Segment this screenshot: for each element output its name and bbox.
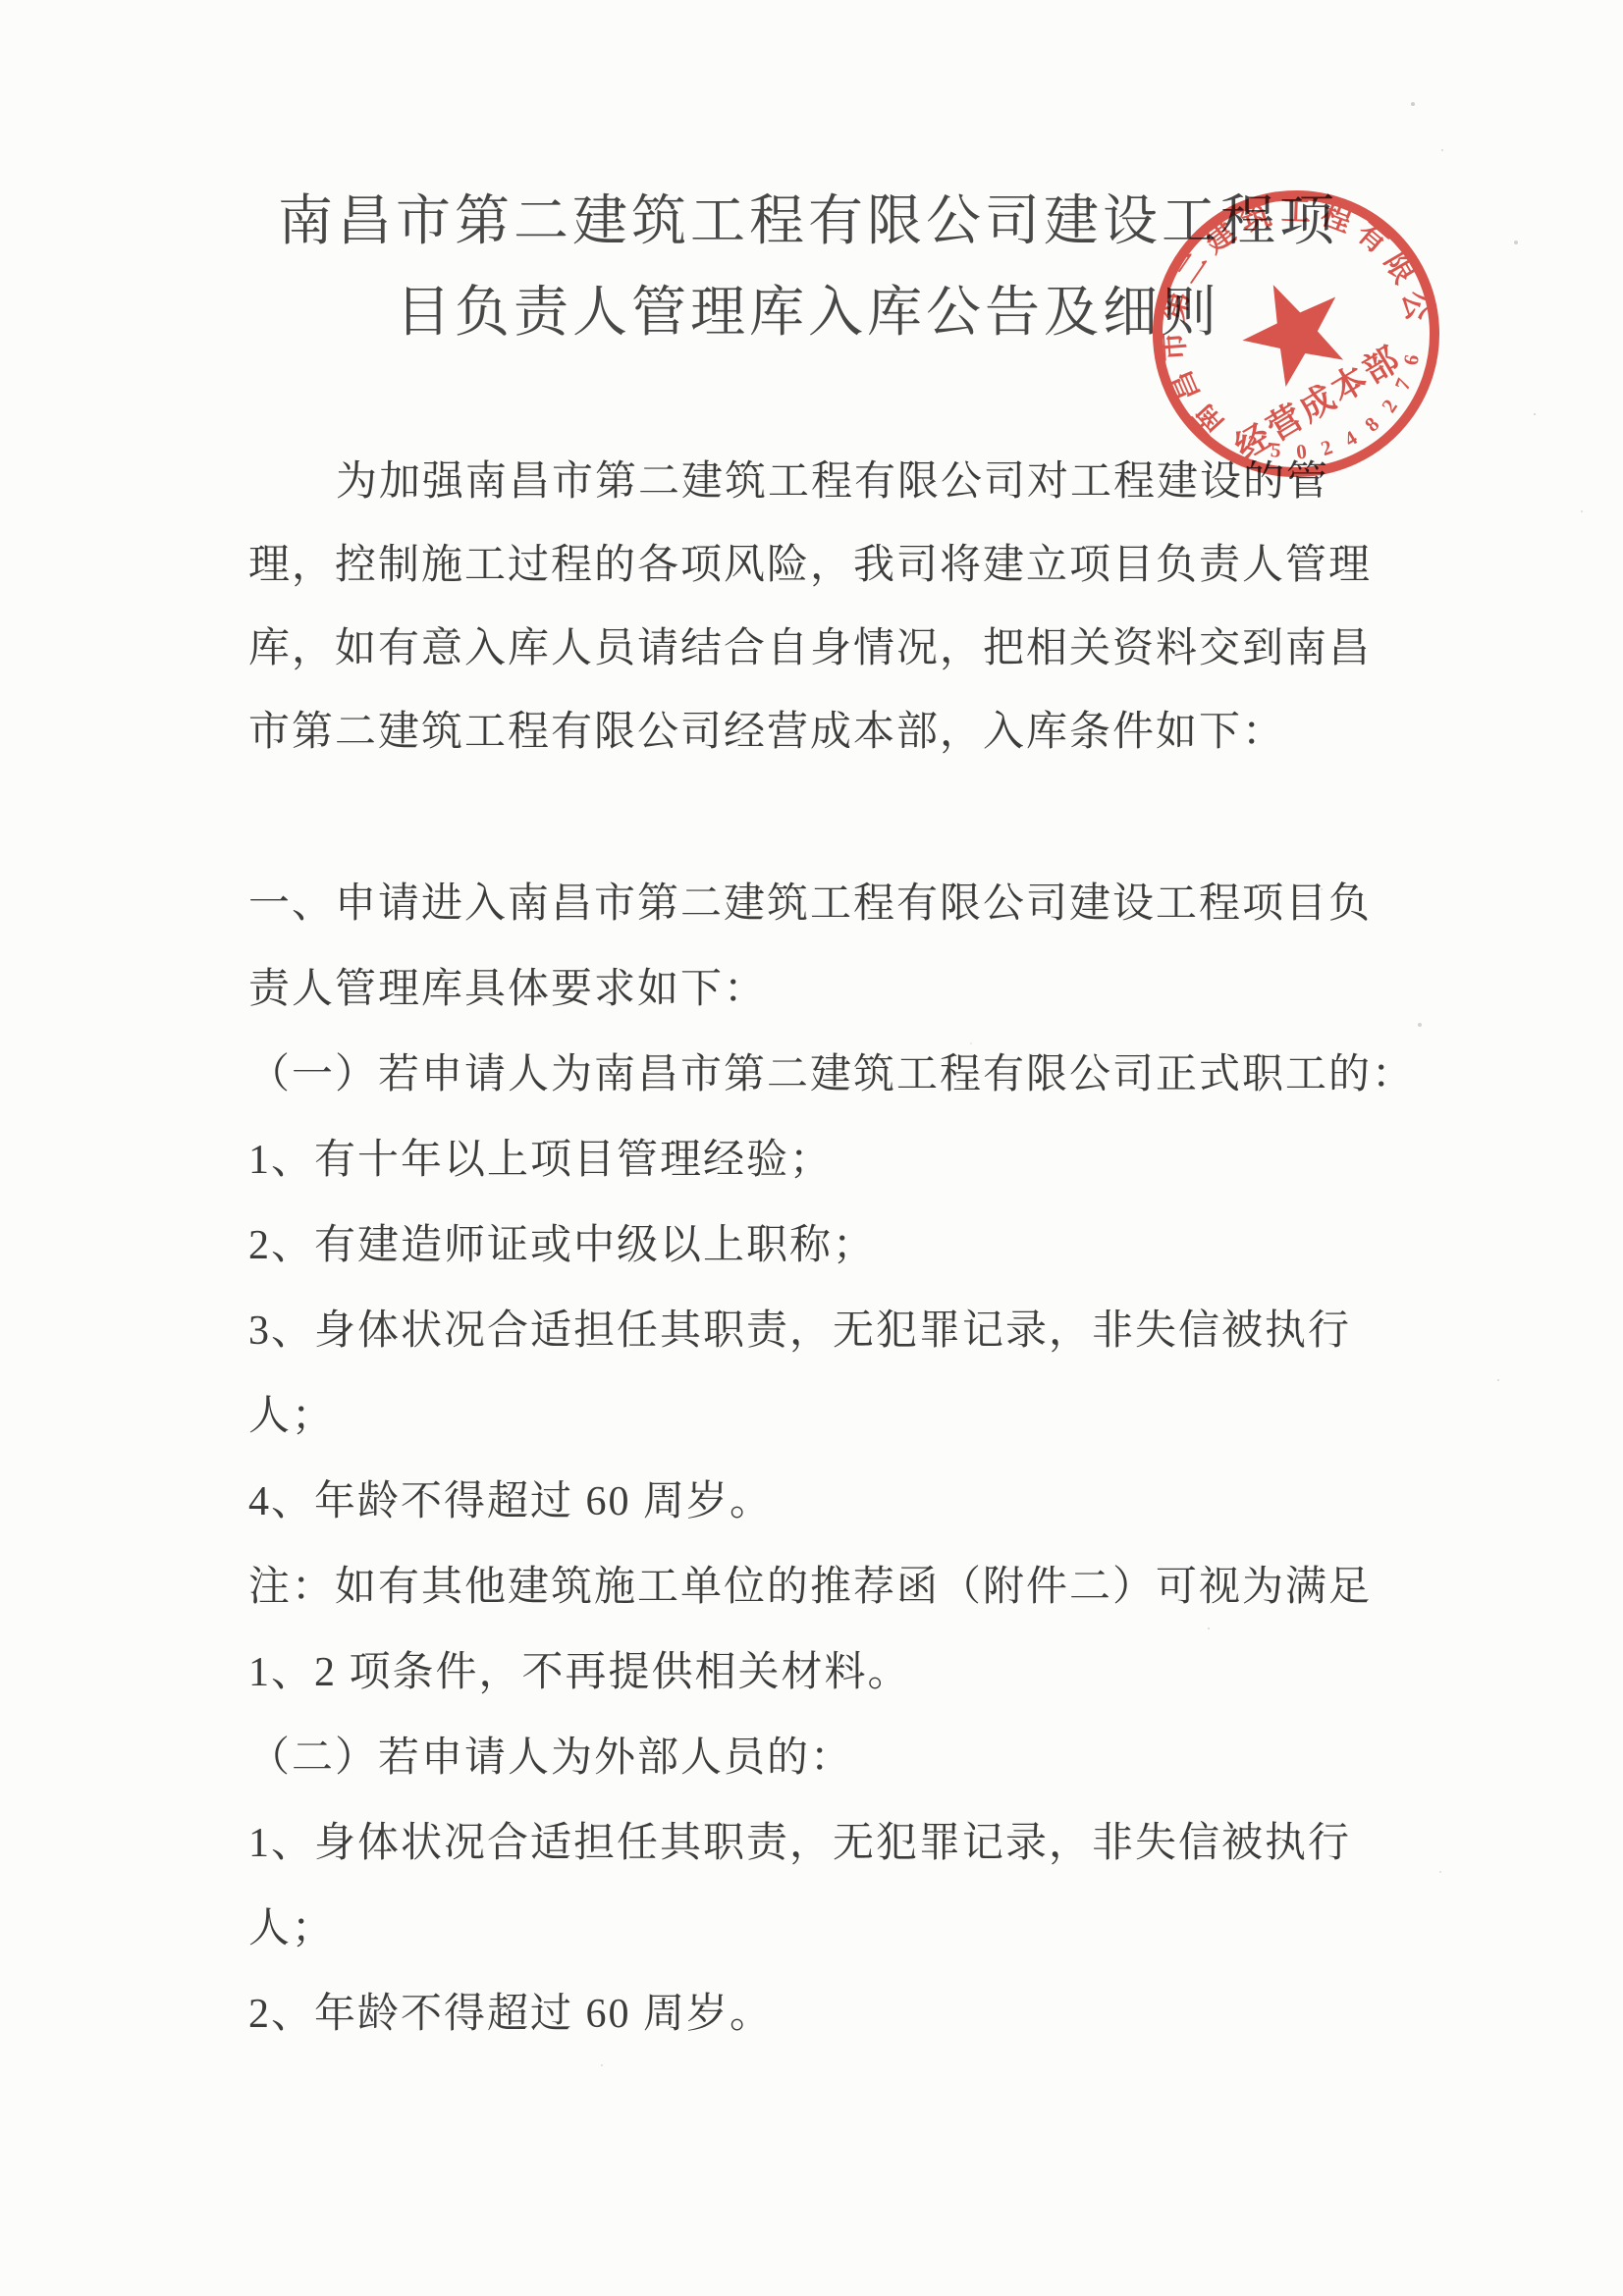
rules-section: 一、申请进入南昌市第二建筑工程有限公司建设工程项目负 责人管理库具体要求如下： … (248, 862, 1368, 2057)
rules-line: 注：如有其他建筑施工单位的推荐函（附件二）可视为满足 (248, 1545, 1368, 1630)
rules-line: 一、申请进入南昌市第二建筑工程有限公司建设工程项目负 (248, 862, 1368, 947)
document-title: 南昌市第二建筑工程有限公司建设工程项 目负责人管理库入库公告及细则 (248, 177, 1368, 359)
rules-line: 2、有建造师证或中级以上职称； (248, 1203, 1368, 1289)
intro-line: 市第二建筑工程有限公司经营成本部，入库条件如下： (248, 691, 1368, 774)
rules-line: （二）若申请人为外部人员的： (248, 1716, 1368, 1801)
intro-line: 理，控制施工过程的各项风险，我司将建立项目负责人管理 (248, 524, 1368, 608)
document-text-column: 南昌市第二建筑工程有限公司建设工程项 目负责人管理库入库公告及细则 为加强南昌市… (248, 0, 1368, 2057)
rules-line: 1、2 项条件，不再提供相关材料。 (248, 1630, 1368, 1716)
title-line-1: 南昌市第二建筑工程有限公司建设工程项 (248, 177, 1368, 268)
intro-paragraph: 为加强南昌市第二建筑工程有限公司对工程建设的管 理，控制施工过程的各项风险，我司… (248, 441, 1368, 774)
rules-line: 责人管理库具体要求如下： (248, 947, 1368, 1033)
rules-line: 1、有十年以上项目管理经验； (248, 1118, 1368, 1203)
title-line-2: 目负责人管理库入库公告及细则 (248, 268, 1368, 359)
rules-line: （一）若申请人为南昌市第二建筑工程有限公司正式职工的： (248, 1033, 1368, 1118)
intro-line: 为加强南昌市第二建筑工程有限公司对工程建设的管 (248, 441, 1368, 524)
intro-line: 库，如有意入库人员请结合自身情况，把相关资料交到南昌 (248, 608, 1368, 691)
rules-line: 人； (248, 1374, 1368, 1460)
rules-line: 2、年龄不得超过 60 周岁。 (248, 1972, 1368, 2057)
rules-line: 4、年龄不得超过 60 周岁。 (248, 1460, 1368, 1545)
rules-line: 人； (248, 1887, 1368, 1972)
scan-speckles (0, 0, 2, 2)
scanned-document-page: 南昌市第二建筑工程有限公司建设工程项 目负责人管理库入库公告及细则 为加强南昌市… (0, 0, 1623, 2296)
rules-line: 3、身体状况合适担任其职责，无犯罪记录，非失信被执行 (248, 1289, 1368, 1374)
rules-line: 1、身体状况合适担任其职责，无犯罪记录，非失信被执行 (248, 1801, 1368, 1887)
